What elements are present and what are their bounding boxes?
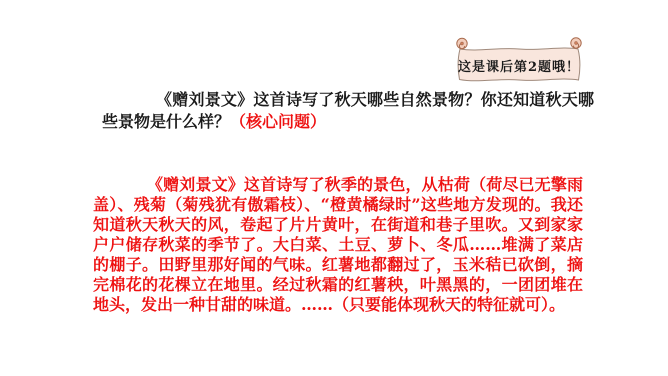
slide-canvas: 这是课后第2题哦！ 《赠刘景文》这首诗写了秋天哪些自然景物？你还知道秋天哪些景物…: [0, 0, 668, 376]
scroll-banner: 这是课后第2题哦！: [449, 35, 589, 89]
question-paragraph: 《赠刘景文》这首诗写了秋天哪些自然景物？你还知道秋天哪些景物是什么样？（核心问题…: [102, 90, 594, 134]
question-text: 《赠刘景文》这首诗写了秋天哪些自然景物？你还知道秋天哪些景物是什么样？: [102, 92, 594, 131]
banner-label: 这是课后第2题哦！: [453, 56, 585, 75]
question-core-note: （核心问题）: [230, 114, 326, 131]
answer-paragraph: 《赠刘景文》这首诗写了秋季的景色，从枯荷（荷尽已无擎雨盖）、残菊（菊残犹有傲霜枝…: [93, 175, 583, 315]
